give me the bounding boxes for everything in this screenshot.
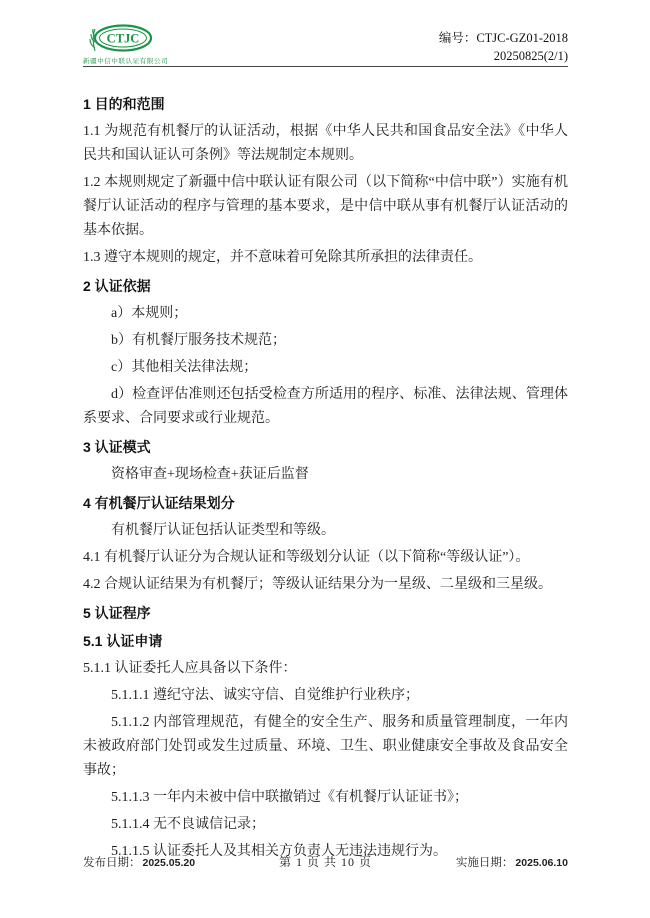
doc-paragraph: b）有机餐厅服务技术规范；	[83, 329, 568, 353]
section-heading: 5.1 认证申请	[83, 629, 568, 653]
document-revision: 20250825(2/1)	[439, 48, 568, 66]
page-footer: 发布日期：2025.05.20 第 1 页 共 10 页 实施日期：2025.0…	[83, 853, 568, 870]
document-number: 编号：CTJC-GZ01-2018	[439, 30, 568, 48]
doc-paragraph: 1.1 为规范有机餐厅的认证活动，根据《中华人民共和国食品安全法》《中华人民共和…	[83, 120, 568, 168]
doc-paragraph: a）本规则；	[83, 302, 568, 326]
company-logo: CTJC 新疆中信中联认证有限公司	[83, 24, 168, 65]
doc-paragraph: 资格审查+现场检查+获证后监督	[83, 463, 568, 487]
section-heading: 1 目的和范围	[83, 92, 568, 116]
page-number: 第 1 页 共 10 页	[279, 853, 372, 870]
doc-paragraph: 5.1.1 认证委托人应具备以下条件：	[83, 657, 568, 681]
document-body: 1 目的和范围1.1 为规范有机餐厅的认证活动，根据《中华人民共和国食品安全法》…	[83, 88, 568, 867]
section-heading: 2 认证依据	[83, 274, 568, 298]
issue-date-label: 发布日期：	[83, 857, 141, 869]
implementation-date-label: 实施日期：	[456, 857, 514, 869]
page-header: CTJC 新疆中信中联认证有限公司 编号：CTJC-GZ01-2018 2025…	[83, 24, 568, 67]
doc-paragraph: 4.2 合规认证结果为有机餐厅；等级认证结果分为一星级、二星级和三星级。	[83, 573, 568, 597]
section-heading: 3 认证模式	[83, 435, 568, 459]
svg-text:CTJC: CTJC	[107, 32, 140, 46]
doc-paragraph: 5.1.1.3 一年内未被中信中联撤销过《有机餐厅认证证书》；	[83, 786, 568, 810]
document-meta: 编号：CTJC-GZ01-2018 20250825(2/1)	[439, 30, 568, 65]
issue-date: 发布日期：2025.05.20	[83, 854, 195, 870]
doc-paragraph: 4.1 有机餐厅认证分为合规认证和等级划分认证（以下简称“等级认证”）。	[83, 546, 568, 570]
doc-paragraph: 5.1.1.1 遵纪守法、诚实守信、自觉维护行业秩序；	[83, 684, 568, 708]
section-heading: 5 认证程序	[83, 601, 568, 625]
doc-paragraph: 有机餐厅认证包括认证类型和等级。	[83, 519, 568, 543]
company-name: 新疆中信中联认证有限公司	[83, 56, 168, 65]
section-heading: 4 有机餐厅认证结果划分	[83, 491, 568, 515]
implementation-date-value: 2025.06.10	[515, 857, 568, 869]
document-number-label: 编号：	[439, 31, 477, 45]
doc-paragraph: d）检查评估准则还包括受检查方所适用的程序、标准、法律法规、管理体系要求、合同要…	[83, 383, 568, 431]
implementation-date: 实施日期：2025.06.10	[456, 854, 568, 870]
doc-paragraph: 1.2 本规则规定了新疆中信中联认证有限公司（以下简称“中信中联”）实施有机餐厅…	[83, 171, 568, 243]
ctjc-logo-icon: CTJC	[83, 24, 155, 54]
document-number-value: CTJC-GZ01-2018	[476, 31, 568, 45]
document-page: CTJC 新疆中信中联认证有限公司 编号：CTJC-GZ01-2018 2025…	[0, 0, 650, 918]
doc-paragraph: c）其他相关法律法规；	[83, 356, 568, 380]
doc-paragraph: 1.3 遵守本规则的规定，并不意味着可免除其所承担的法律责任。	[83, 246, 568, 270]
doc-paragraph: 5.1.1.2 内部管理规范，有健全的安全生产、服务和质量管理制度，一年内未被政…	[83, 711, 568, 783]
issue-date-value: 2025.05.20	[143, 857, 196, 869]
doc-paragraph: 5.1.1.4 无不良诚信记录；	[83, 813, 568, 837]
